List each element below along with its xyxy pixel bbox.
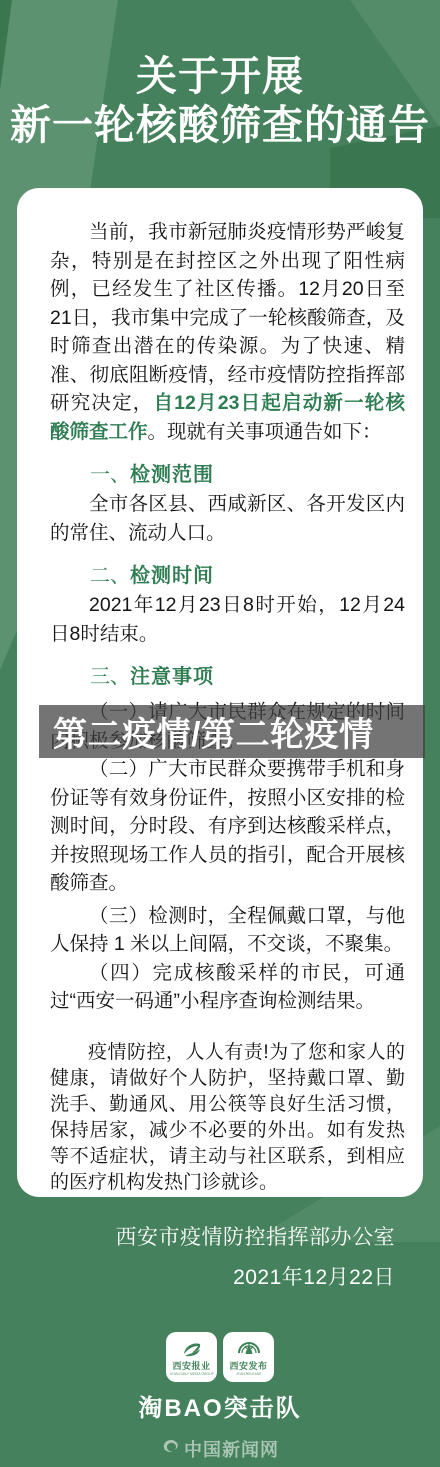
section-1-paragraph: 全市各区县、西咸新区、各开发区内的常住、流动人口。 xyxy=(50,490,405,547)
logo-xian-release-subtitle: XI'AN RELEASE xyxy=(236,1371,261,1375)
section-3-heading: 三、注意事项 xyxy=(50,662,405,692)
pagoda-fan-icon xyxy=(237,1339,261,1361)
section-3-item-3: （三）检测时，全程佩戴口罩，与他人保持 1 米以上间隔，不交谈，不聚集。 xyxy=(50,902,405,959)
poster-title-line2: 新一轮核酸筛查的通告 xyxy=(0,101,440,150)
overlay-caption-text: 第二疫情/第二轮疫情 xyxy=(39,707,373,756)
logo-xian-daily: 西安报业 XI'AN DAILY MEDIA GROUP xyxy=(166,1332,217,1382)
section-2-number: 二、 xyxy=(90,565,130,587)
signature-block: 西安市疫情防控指挥部办公室 2021年12月22日 xyxy=(116,1218,396,1298)
intro-text-pre: 当前，我市新冠肺炎疫情形势严峻复杂，特别是在封控区之外出现了阳性病例，已经发生了… xyxy=(50,221,405,414)
section-1-label: 检测范围 xyxy=(130,464,214,486)
section-3-item-4: （四）完成核酸采样的市民，可通过“西安一码通”小程序查询检测结果。 xyxy=(50,959,405,1016)
section-3-number: 三、 xyxy=(90,666,130,688)
signature-date: 2021年12月22日 xyxy=(116,1258,396,1298)
section-2-label: 检测时间 xyxy=(130,565,214,587)
leaf-swirl-icon xyxy=(181,1339,203,1361)
logo-xian-release: 西安发布 XI'AN RELEASE xyxy=(223,1332,274,1382)
poster-title-line1: 关于开展 xyxy=(0,52,440,101)
footer-logo-row: 西安报业 XI'AN DAILY MEDIA GROUP 西安发布 XI'AN … xyxy=(0,1332,440,1382)
closing-paragraph: 疫情防控，人人有责!为了您和家人的健康，请做好个人防护，坚持戴口罩、勤洗手、勤通… xyxy=(50,1040,405,1196)
team-caption: 淘BAO突击队 xyxy=(0,1388,440,1423)
notice-poster: 关于开展 新一轮核酸筛查的通告 当前，我市新冠肺炎疫情形势严峻复杂，特别是在封控… xyxy=(0,0,440,1467)
section-2-heading: 二、检测时间 xyxy=(50,561,405,591)
poster-title: 关于开展 新一轮核酸筛查的通告 xyxy=(0,52,440,150)
intro-paragraph: 当前，我市新冠肺炎疫情形势严峻复杂，特别是在封控区之外出现了阳性病例，已经发生了… xyxy=(50,218,405,446)
section-3-label: 注意事项 xyxy=(130,666,214,688)
logo-xian-release-name: 西安发布 xyxy=(229,1361,267,1371)
section-3-item-2: （二）广大市民群众要携带手机和身份证等有效身份证件，按照小区安排的检测时间，分时… xyxy=(50,755,405,898)
notice-card: 当前，我市新冠肺炎疫情形势严峻复杂，特别是在封控区之外出现了阳性病例，已经发生了… xyxy=(17,188,423,1197)
news-watermark-text: 中国新闻网 xyxy=(184,1436,279,1462)
news-watermark: 中国新闻网 xyxy=(0,1436,440,1462)
section-1-number: 一、 xyxy=(90,464,130,486)
signature-org: 西安市疫情防控指挥部办公室 xyxy=(116,1218,396,1258)
overlay-caption-band: 第二疫情/第二轮疫情 xyxy=(39,705,425,758)
intro-text-post: 。现就有关事项通告如下： xyxy=(148,421,382,443)
cns-logo-icon xyxy=(161,1438,181,1461)
section-2-paragraph: 2021年12月23日8时开始，12月24日8时结束。 xyxy=(50,591,405,648)
logo-xian-daily-subtitle: XI'AN DAILY MEDIA GROUP xyxy=(170,1371,214,1375)
logo-xian-daily-name: 西安报业 xyxy=(172,1361,210,1371)
section-1-heading: 一、检测范围 xyxy=(50,460,405,490)
